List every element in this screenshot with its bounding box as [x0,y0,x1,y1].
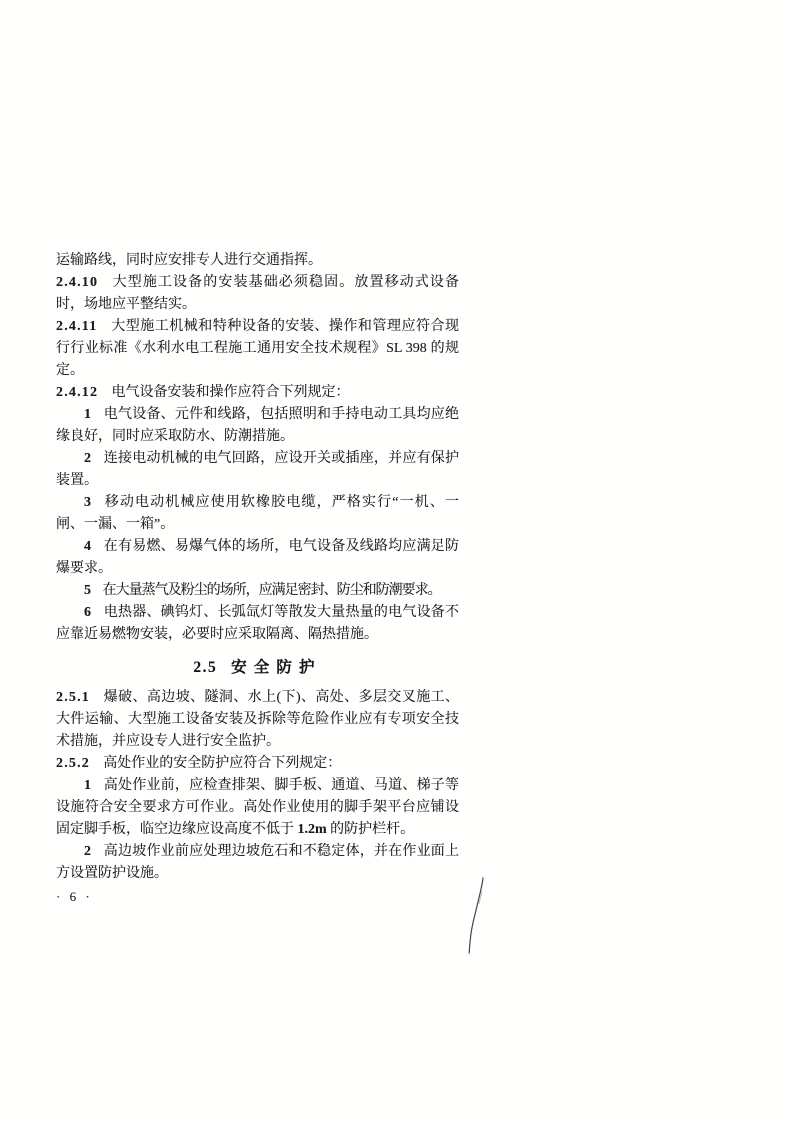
scan-speck [424,854,427,856]
list-item-paragraph: 4在有易燃、易爆气体的场所，电气设备及线路均应满足防爆要求。 [56,536,459,580]
document-content: 运输路线，同时应安排专人进行交通指挥。2.4.10大型施工设备的安装基础必须稳固… [56,250,459,908]
list-item-paragraph: 1电气设备、元件和线路，包括照明和手持电动工具均应绝缘良好，同时应采取防水、防潮… [56,404,459,448]
clause-paragraph: 2.4.10大型施工设备的安装基础必须稳固。放置移动式设备时，场地应平整结实。 [56,272,459,316]
scan-artifact-mark [461,875,491,955]
clause-paragraph: 2.4.12电气设备安装和操作应符合下列规定： [56,382,459,404]
list-item-paragraph: 1高处作业前，应检查排架、脚手板、通道、马道、梯子等设施符合安全要求方可作业。高… [56,775,459,841]
list-item-paragraph: 2连接电动机械的电气回路，应设开关或插座，并应有保护装置。 [56,448,459,492]
page-number: · 6 · [56,886,459,908]
clause-paragraph: 2.4.11大型施工机械和特种设备的安装、操作和管理应符合现行行业标准《水利水电… [56,316,459,382]
document-body: 运输路线，同时应安排专人进行交通指挥。2.4.10大型施工设备的安装基础必须稳固… [56,250,459,885]
clause-paragraph: 2.5.2高处作业的安全防护应符合下列规定： [56,753,459,775]
list-item-paragraph: 3移动电动机械应使用软橡胶电缆，严格实行“一机、一闸、一漏、一箱”。 [56,492,459,536]
clause-paragraph: 2.5.1爆破、高边坡、隧洞、水上(下)、高处、多层交叉施工、大件运输、大型施工… [56,687,459,753]
body-paragraph: 运输路线，同时应安排专人进行交通指挥。 [56,250,459,272]
list-item-paragraph: 6电热器、碘钨灯、长弧氙灯等散发大量热量的电气设备不应靠近易燃物安装，必要时应采… [56,602,459,646]
list-item-paragraph: 2高边坡作业前应处理边坡危石和不稳定体，并在作业面上方设置防护设施。 [56,841,459,885]
document-page: 运输路线，同时应安排专人进行交通指挥。2.4.10大型施工设备的安装基础必须稳固… [0,0,793,1122]
section-heading: 2.5安全防护 [56,657,459,679]
list-item-paragraph: 5在大量蒸气及粉尘的场所，应满足密封、防尘和防潮要求。 [56,580,459,602]
